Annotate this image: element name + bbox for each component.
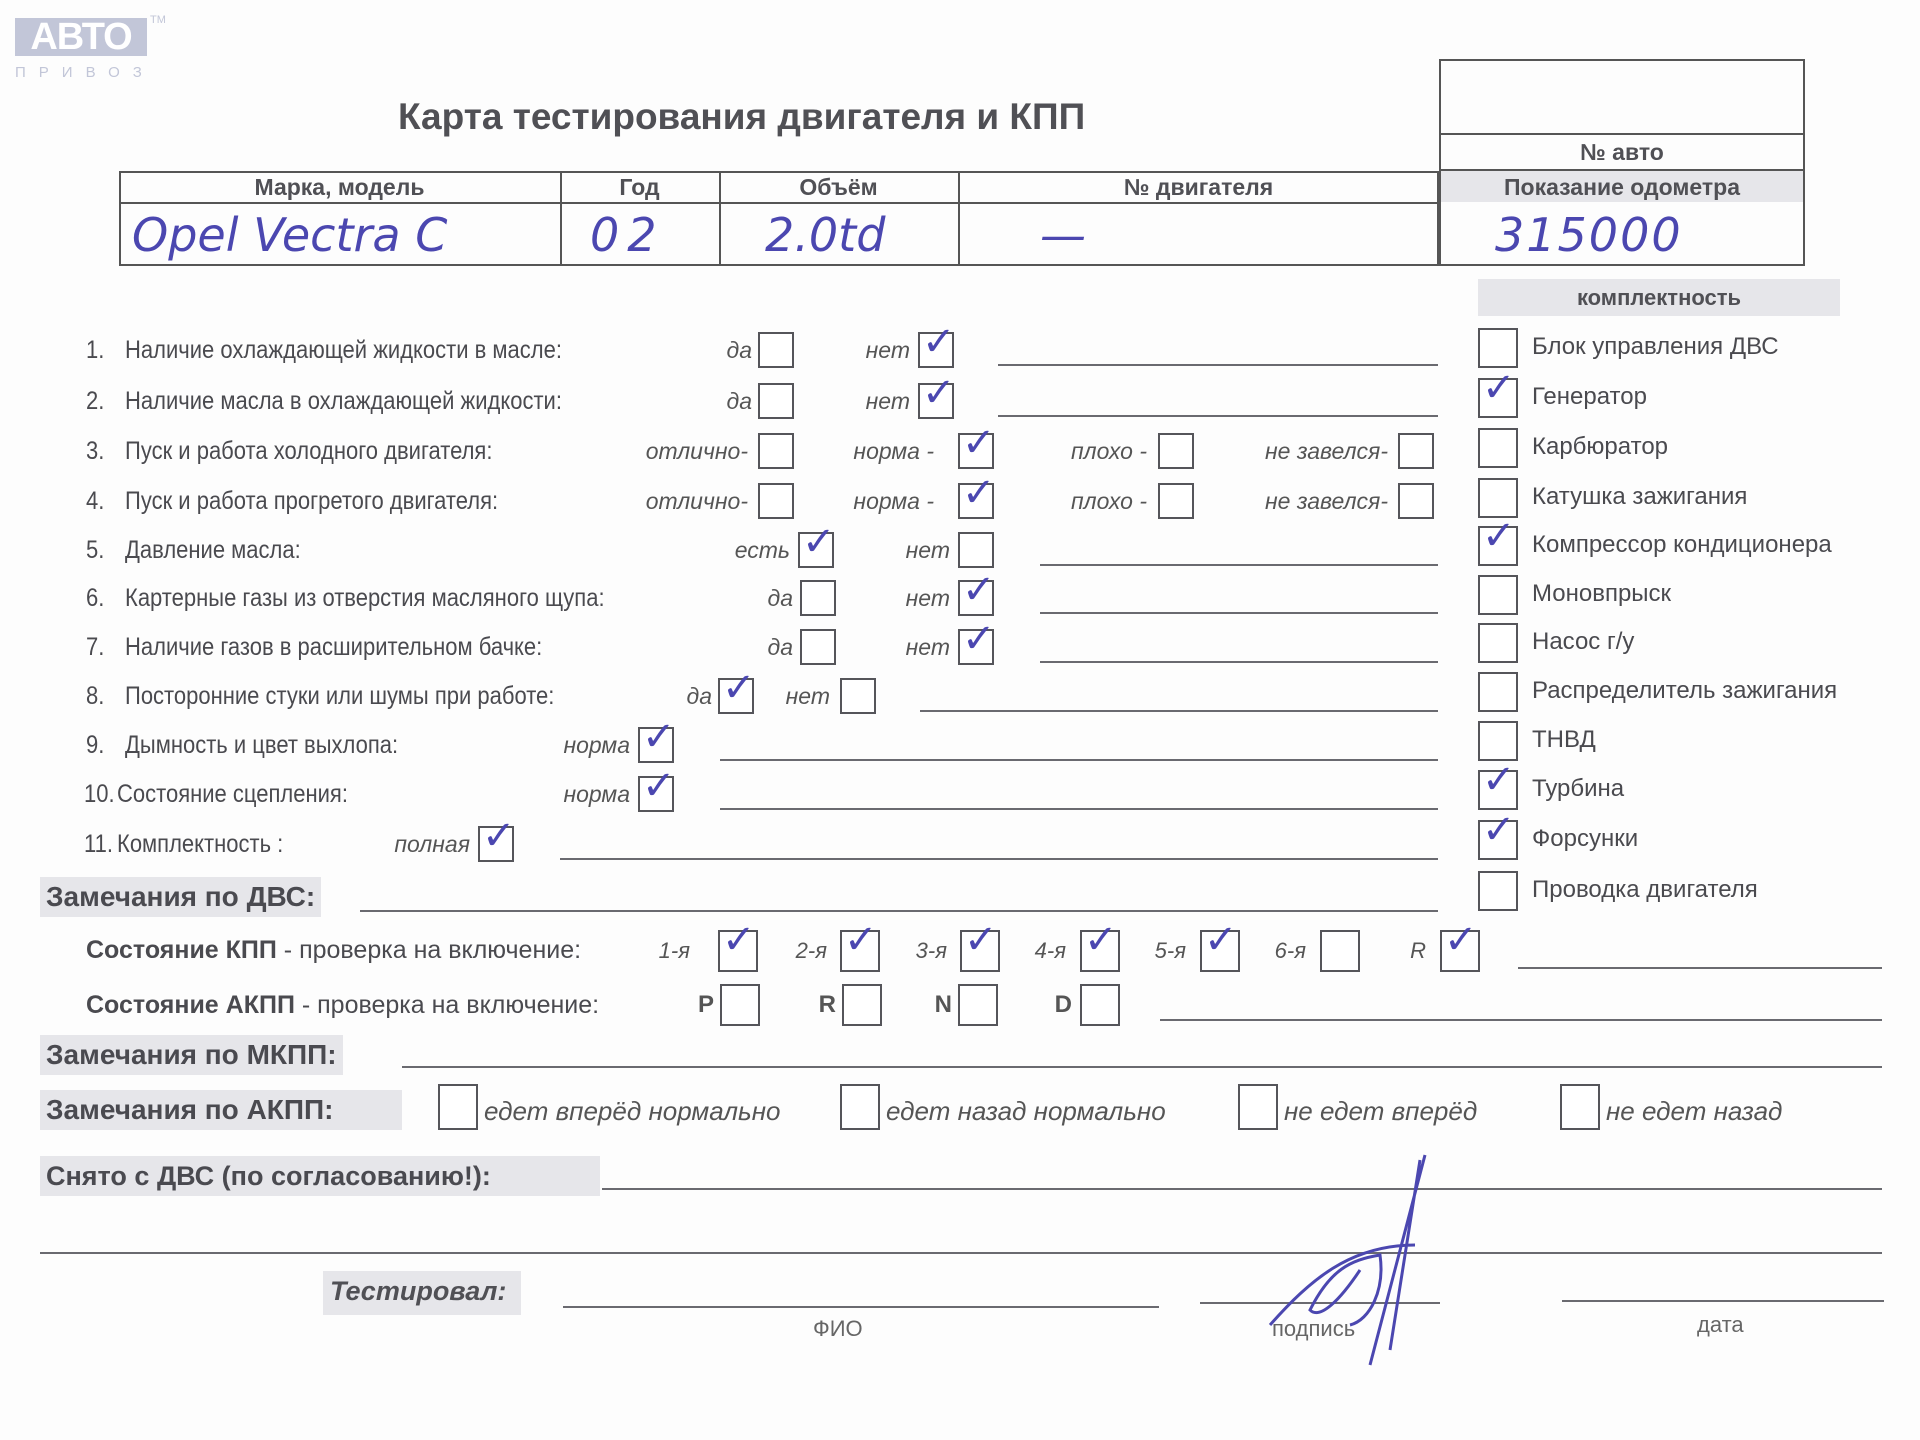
trademark-mark: TM xyxy=(150,14,166,26)
option-label: да xyxy=(767,632,793,662)
completeness-item-label: Компрессор кондиционера xyxy=(1532,530,1832,560)
remarks-manual-label: Замечания по МКПП: xyxy=(40,1035,343,1075)
option-checkbox[interactable] xyxy=(840,678,876,714)
date-caption: дата xyxy=(1697,1312,1744,1338)
signature-scribble xyxy=(1250,1150,1450,1370)
completeness-item-label: Моновпрыск xyxy=(1532,579,1671,609)
remarks-auto-label: Замечания по АКПП: xyxy=(40,1090,402,1130)
remarks-engine-field[interactable] xyxy=(360,910,1438,912)
completeness-item-label: Турбина xyxy=(1532,774,1624,804)
gear-label: R xyxy=(1410,936,1426,966)
option-checkbox[interactable] xyxy=(758,383,794,419)
completeness-item-label: Карбюратор xyxy=(1532,432,1668,462)
akpp-option-label: не едет вперёд xyxy=(1284,1096,1477,1126)
gear-checkbox[interactable]: ✓ xyxy=(960,930,1000,972)
gear-checkbox[interactable]: ✓ xyxy=(1200,930,1240,972)
gear-label: 5-я xyxy=(1155,936,1186,966)
row-label: Пуск и работа прогретого двигателя: xyxy=(125,486,498,516)
option-checkbox[interactable]: ✓ xyxy=(958,433,994,469)
checkmark-icon: ✓ xyxy=(1482,810,1516,850)
option-checkbox[interactable] xyxy=(958,532,994,568)
option-label: да xyxy=(726,386,752,416)
gear-label: 2-я xyxy=(796,936,827,966)
row-label: Наличие охлаждающей жидкости в масле: xyxy=(125,335,562,365)
notes-field[interactable] xyxy=(1040,564,1438,566)
auto-gearbox-label: Состояние АКПП - проверка на включение: xyxy=(86,990,599,1020)
auto-gearbox-notes-field[interactable] xyxy=(1160,1019,1882,1021)
column-header-make-model: Марка, модель xyxy=(119,171,560,202)
removed-field[interactable] xyxy=(602,1188,1882,1190)
option-label: нет xyxy=(866,386,910,416)
option-label: отлично- xyxy=(646,486,748,516)
checkmark-icon: ✓ xyxy=(922,373,956,413)
notes-field[interactable] xyxy=(998,415,1438,417)
page-title: Карта тестирования двигателя и КПП xyxy=(398,96,1085,138)
option-checkbox[interactable]: ✓ xyxy=(918,383,954,419)
remarks-manual-field[interactable] xyxy=(402,1066,1882,1068)
option-label: да xyxy=(726,335,752,365)
checkmark-icon: ✓ xyxy=(642,766,676,806)
year-value[interactable]: 02 xyxy=(590,204,710,266)
completeness-checkbox[interactable]: ✓ xyxy=(1478,820,1518,860)
notes-field[interactable] xyxy=(998,364,1438,366)
checkmark-icon: ✓ xyxy=(722,920,756,960)
mode-checkbox[interactable] xyxy=(842,984,882,1026)
completeness-checkbox[interactable] xyxy=(1478,721,1518,761)
row-label: Состояние сцепления: xyxy=(117,779,348,809)
fio-caption: ФИО xyxy=(813,1316,863,1342)
option-label: есть xyxy=(735,535,790,565)
checkmark-icon: ✓ xyxy=(482,816,516,856)
gear-checkbox[interactable]: ✓ xyxy=(718,930,758,972)
row-number: 4. xyxy=(86,486,104,516)
completeness-checkbox[interactable] xyxy=(1478,428,1518,468)
completeness-item-label: Блок управления ДВС xyxy=(1532,332,1779,362)
row-label: Дымность и цвет выхлопа: xyxy=(125,730,398,760)
tester-name-field[interactable] xyxy=(563,1306,1159,1308)
option-label: нет xyxy=(906,583,950,613)
option-checkbox[interactable]: ✓ xyxy=(798,532,834,568)
akpp-option-checkbox[interactable] xyxy=(1238,1084,1278,1130)
completeness-title: комплектность xyxy=(1478,279,1840,316)
option-label: норма - xyxy=(853,436,934,466)
checkmark-icon: ✓ xyxy=(964,920,998,960)
row-number: 2. xyxy=(86,386,104,416)
option-label: нет xyxy=(786,681,830,711)
column-header-engine-number: № двигателя xyxy=(958,171,1439,202)
notes-field[interactable] xyxy=(720,808,1438,810)
akpp-option-checkbox[interactable] xyxy=(1560,1084,1600,1130)
manual-gearbox-label-bold: Состояние КПП xyxy=(86,936,277,964)
option-checkbox[interactable] xyxy=(1398,433,1434,469)
completeness-item-label: Насос г/у xyxy=(1532,627,1634,657)
mode-label: D xyxy=(1055,990,1072,1020)
option-label: плохо - xyxy=(1071,486,1147,516)
option-label: нет xyxy=(906,535,950,565)
option-checkbox[interactable]: ✓ xyxy=(718,678,754,714)
checkmark-icon: ✓ xyxy=(922,322,956,362)
option-checkbox[interactable] xyxy=(758,433,794,469)
extra-notes-line[interactable] xyxy=(40,1252,1882,1254)
odometer-label: Показание одометра xyxy=(1439,171,1805,202)
checkmark-icon: ✓ xyxy=(1482,368,1516,408)
option-label: да xyxy=(767,583,793,613)
checkmark-icon: ✓ xyxy=(844,920,878,960)
gear-label: 1-я xyxy=(659,936,690,966)
completeness-item-label: Проводка двигателя xyxy=(1532,875,1758,905)
option-label: норма xyxy=(563,779,630,809)
notes-field[interactable] xyxy=(560,858,1438,860)
completeness-checkbox[interactable]: ✓ xyxy=(1478,770,1518,810)
gear-checkbox[interactable] xyxy=(1320,930,1360,972)
checkmark-icon: ✓ xyxy=(962,423,996,463)
manual-gearbox-notes-field[interactable] xyxy=(1518,967,1882,969)
completeness-checkbox[interactable] xyxy=(1478,478,1518,518)
option-checkbox[interactable]: ✓ xyxy=(638,776,674,812)
auto-gearbox-label-bold: Состояние АКПП xyxy=(86,991,295,1019)
akpp-option-label: едет вперёд нормально xyxy=(484,1096,780,1126)
auto-number-label: № авто xyxy=(1439,136,1805,168)
row-number: 11. xyxy=(84,829,113,859)
akpp-option-label: едет назад нормально xyxy=(886,1096,1166,1126)
checkmark-icon: ✓ xyxy=(1084,920,1118,960)
option-checkbox[interactable]: ✓ xyxy=(638,727,674,763)
notes-field[interactable] xyxy=(1040,612,1438,614)
notes-field[interactable] xyxy=(920,710,1438,712)
checkmark-icon: ✓ xyxy=(1444,920,1478,960)
option-checkbox[interactable]: ✓ xyxy=(958,483,994,519)
option-label: норма xyxy=(563,730,630,760)
checkmark-icon: ✓ xyxy=(802,522,836,562)
mode-label: N xyxy=(935,990,952,1020)
row-label: Давление масла: xyxy=(125,535,301,565)
completeness-checkbox[interactable] xyxy=(1478,575,1518,615)
tested-by-label: Тестировал: xyxy=(330,1276,506,1307)
option-label: норма - xyxy=(853,486,934,516)
completeness-checkbox[interactable]: ✓ xyxy=(1478,378,1518,418)
option-checkbox[interactable]: ✓ xyxy=(478,826,514,862)
volume-value[interactable]: 2.0td xyxy=(765,204,945,266)
date-field[interactable] xyxy=(1562,1300,1884,1302)
row-number: 6. xyxy=(86,583,104,613)
odometer-value[interactable]: 315000 xyxy=(1495,204,1755,266)
auto-gearbox-label-rest: - проверка на включение: xyxy=(295,991,599,1019)
row-label: Наличие газов в расширительном бачке: xyxy=(125,632,542,662)
gear-label: 4-я xyxy=(1035,936,1066,966)
mode-label: R xyxy=(819,990,836,1020)
mode-checkbox[interactable] xyxy=(958,984,998,1026)
make-model-value[interactable]: Opel Vectra C xyxy=(132,204,552,266)
gear-checkbox[interactable]: ✓ xyxy=(1440,930,1480,972)
checkmark-icon: ✓ xyxy=(1482,760,1516,800)
engine-number-value[interactable]: — xyxy=(1040,204,1240,266)
completeness-item-label: Распределитель зажигания xyxy=(1532,676,1837,706)
completeness-item-label: Генератор xyxy=(1532,382,1647,412)
completeness-item-label: ТНВД xyxy=(1532,725,1596,755)
checkmark-icon: ✓ xyxy=(962,473,996,513)
row-number: 3. xyxy=(86,436,104,466)
akpp-option-checkbox[interactable] xyxy=(840,1084,880,1130)
completeness-item-label: Форсунки xyxy=(1532,824,1638,854)
option-label: полная xyxy=(394,829,470,859)
column-header-volume: Объём xyxy=(719,171,958,202)
checkmark-icon: ✓ xyxy=(1482,516,1516,556)
row-number: 10. xyxy=(84,779,115,809)
row-number: 5. xyxy=(86,535,104,565)
completeness-checkbox[interactable] xyxy=(1478,623,1518,663)
mode-checkbox[interactable] xyxy=(720,984,760,1026)
checkmark-icon: ✓ xyxy=(1204,920,1238,960)
gear-label: 3-я xyxy=(916,936,947,966)
option-checkbox[interactable] xyxy=(800,629,836,665)
checkmark-icon: ✓ xyxy=(722,668,756,708)
removed-label: Снято с ДВС (по согласованию!): xyxy=(40,1156,600,1196)
gear-checkbox[interactable]: ✓ xyxy=(840,930,880,972)
option-label: плохо - xyxy=(1071,436,1147,466)
option-checkbox[interactable] xyxy=(758,483,794,519)
row-number: 8. xyxy=(86,681,104,711)
completeness-checkbox[interactable] xyxy=(1478,672,1518,712)
completeness-item-label: Катушка зажигания xyxy=(1532,482,1747,512)
notes-field[interactable] xyxy=(1040,661,1438,663)
row-label: Наличие масла в охлаждающей жидкости: xyxy=(125,386,562,416)
option-checkbox[interactable] xyxy=(1158,483,1194,519)
checkmark-icon: ✓ xyxy=(642,717,676,757)
checkmark-icon: ✓ xyxy=(962,619,996,659)
akpp-option-label: не едет назад xyxy=(1606,1096,1782,1126)
checkmark-icon: ✓ xyxy=(962,570,996,610)
akpp-option-checkbox[interactable] xyxy=(438,1084,478,1130)
row-label: Пуск и работа холодного двигателя: xyxy=(125,436,492,466)
option-checkbox[interactable]: ✓ xyxy=(958,580,994,616)
column-header-year: Год xyxy=(560,171,719,202)
row-number: 1. xyxy=(86,335,104,365)
option-checkbox[interactable]: ✓ xyxy=(918,332,954,368)
completeness-checkbox[interactable] xyxy=(1478,328,1518,368)
option-label: да xyxy=(686,681,712,711)
option-label: нет xyxy=(906,632,950,662)
manual-gearbox-label-rest: - проверка на включение: xyxy=(277,936,581,964)
option-checkbox[interactable] xyxy=(1398,483,1434,519)
remarks-engine-label: Замечания по ДВС: xyxy=(40,877,321,917)
row-label: Комплектность : xyxy=(117,829,283,859)
mode-label: P xyxy=(698,990,714,1020)
row-number: 7. xyxy=(86,632,104,662)
auto-number-field[interactable] xyxy=(1441,61,1803,133)
row-label: Посторонние стуки или шумы при работе: xyxy=(125,681,554,711)
brand-logo-subtitle: ПРИВОЗ xyxy=(15,64,150,81)
row-number: 9. xyxy=(86,730,104,760)
gear-label: 6-я xyxy=(1275,936,1306,966)
row-label: Картерные газы из отверстия масляного щу… xyxy=(125,583,605,613)
option-label: не завелся- xyxy=(1265,486,1388,516)
gear-checkbox[interactable]: ✓ xyxy=(1080,930,1120,972)
manual-gearbox-label: Состояние КПП - проверка на включение: xyxy=(86,935,581,965)
option-checkbox[interactable] xyxy=(800,580,836,616)
option-label: нет xyxy=(866,335,910,365)
option-checkbox[interactable] xyxy=(1158,433,1194,469)
notes-field[interactable] xyxy=(720,759,1438,761)
option-checkbox[interactable] xyxy=(758,332,794,368)
brand-logo: АВТО xyxy=(15,18,147,56)
option-label: не завелся- xyxy=(1265,436,1388,466)
completeness-checkbox[interactable]: ✓ xyxy=(1478,526,1518,566)
completeness-checkbox[interactable] xyxy=(1478,871,1518,911)
option-checkbox[interactable]: ✓ xyxy=(958,629,994,665)
option-label: отлично- xyxy=(646,436,748,466)
mode-checkbox[interactable] xyxy=(1080,984,1120,1026)
